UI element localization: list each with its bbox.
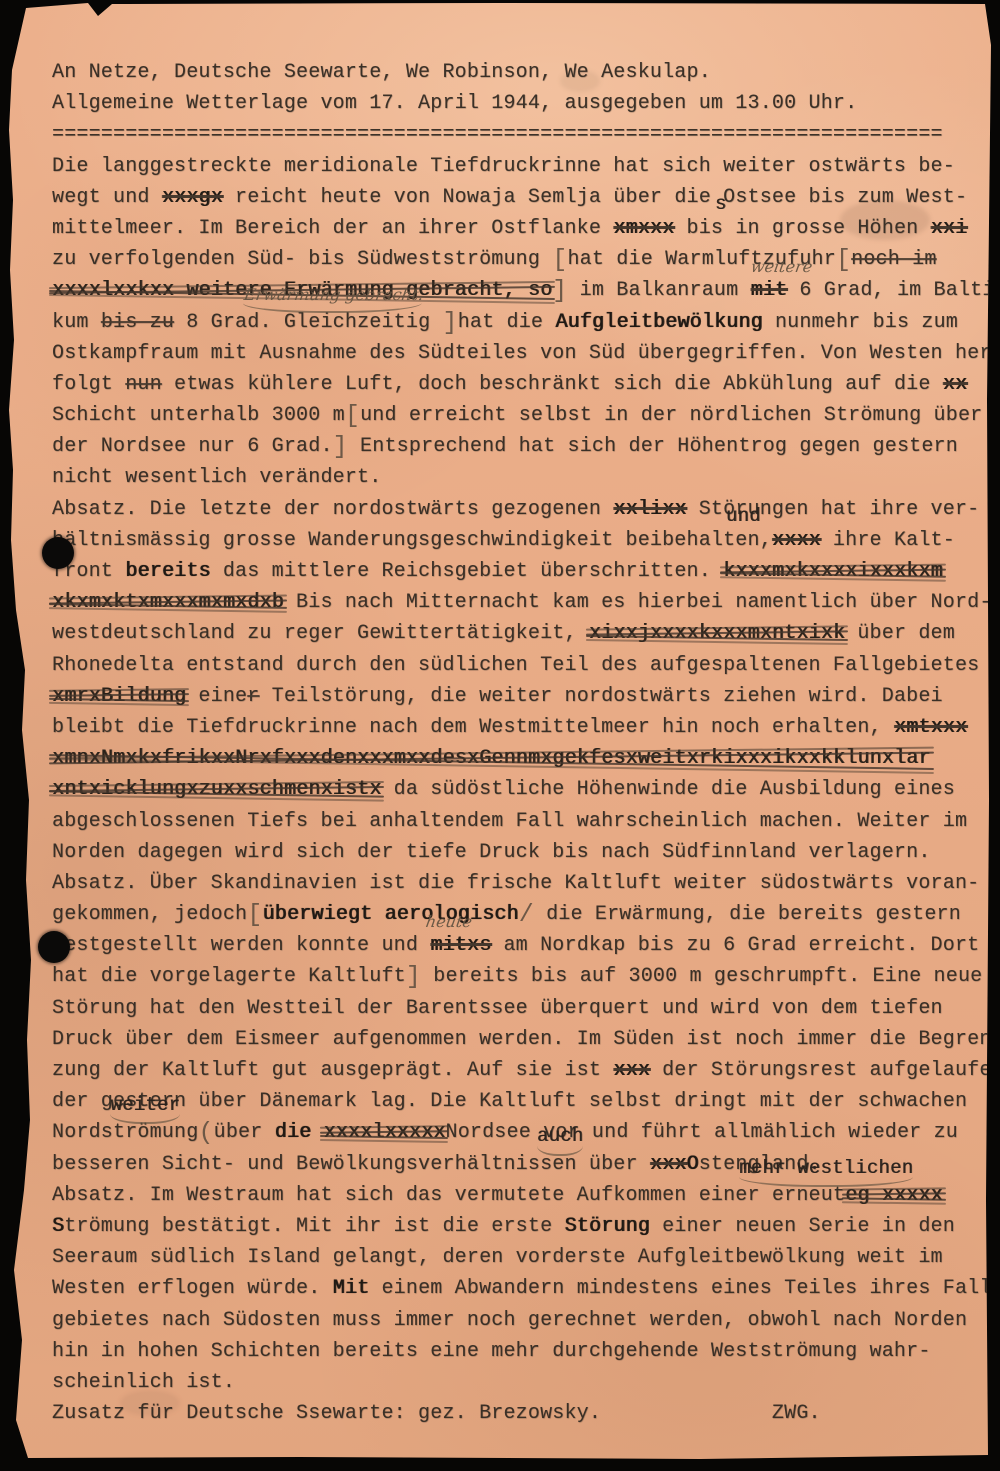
typed-text: Druck über dem Eismeer aufgenommen werde… (52, 1028, 1000, 1051)
text-line: zung der Kaltluft gut ausgeprägt. Auf si… (52, 1055, 996, 1086)
struck-text: xxlixx (613, 498, 686, 521)
typed-text: ZWG. (772, 1402, 821, 1425)
typed-text: hin in hohen Schichten bereits eine mehr… (52, 1340, 931, 1363)
pencil-mark: ] (552, 276, 567, 305)
pencil-mark: / (519, 900, 534, 929)
typed-text: die (275, 1121, 312, 1144)
text-line: gebietes nach Südosten muss immer noch g… (52, 1305, 996, 1336)
text-line: Strömung bestätigt. Mit ihr ist die erst… (52, 1211, 996, 1242)
typed-text: gebietes nach Südosten muss immer noch g… (52, 1309, 967, 1332)
text-line: wegt und xxxgx reicht heute von Nowaja S… (52, 182, 996, 213)
pencil-mark: [ (836, 245, 851, 274)
struck-text: xxi (931, 217, 968, 240)
struck-text: xxx (613, 1059, 650, 1082)
text-line: front bereits das mittlere Reichsgebiet … (52, 556, 996, 587)
struck-text: mitxs (430, 934, 491, 957)
typed-text: Aufgleitbewölkung (555, 311, 762, 334)
typed-text: Rhonedelta entstand durch den südlichen … (52, 654, 979, 677)
text-line: mittelmeer. Im Bereich der an ihrer Ostf… (52, 213, 996, 244)
typed-text: Die langgestreckte meridionale Tiefdruck… (52, 155, 955, 178)
text-line: hat die vorgelagerte Kaltluft] bereits b… (52, 961, 996, 992)
typed-text: Absatz. Die letzte der nordostwärts gezo… (52, 498, 613, 521)
typed-text: s in grosse Höhen (711, 217, 931, 240)
typed-text: Gleichzeitig (272, 311, 443, 334)
typed-text: nunmehr bis zum (763, 311, 958, 334)
typed-text: bereits (125, 560, 210, 583)
typed-text: Entsprechend hat sich der Höhentrog gege… (348, 435, 958, 458)
text-line: der Nordsee nur 6 Grad.] Entsprechend ha… (52, 431, 996, 462)
text-line: Schicht unterhalb 3000 m[und erreicht se… (52, 400, 996, 431)
signature-line: Zusatz für Deutsche Ssewarte: gez. Brezo… (52, 1398, 996, 1429)
typed-text: und erreicht selbst in der nördlichen St… (360, 404, 982, 427)
pencil-mark: [ (552, 245, 567, 274)
text-line: Nordströmungweiter(über die xxxxlxxxxxNo… (52, 1117, 996, 1148)
typed-text: zung der Kaltluft gut ausgeprägt. Auf si… (52, 1059, 613, 1082)
text-line: hältnismässig grosse Wanderungsgeschwind… (52, 525, 996, 556)
text-line: Störung hat den Westteil der Barentssee … (52, 993, 996, 1024)
text-line: Druck über dem Eismeer aufgenommen werde… (52, 1024, 996, 1055)
typed-text: scheinlich ist. (52, 1371, 235, 1394)
typed-text: überwiegt aerologisch (262, 903, 518, 926)
text-line: bleibt die Tiefdruckrinne nach dem Westm… (52, 712, 996, 743)
typed-text: bi (674, 217, 711, 240)
pencil-mark: ] (406, 962, 421, 991)
scribbled-out-text: kxxxmxkxxxxixxxkxm (723, 560, 943, 583)
scribbled-out-text: xntxicklungxzuxxschmenxistx (52, 778, 381, 801)
struck-text: xx (943, 373, 967, 396)
struck-text: noch im (851, 248, 936, 271)
typed-text: abgeschlossenen Tiefs bei anhaltendem Fa… (52, 810, 967, 833)
recipients-line: An Netze, Deutsche Seewarte, We Robinson… (52, 57, 996, 88)
typed-text: Störung hat den Westteil der Barentssee … (52, 997, 943, 1020)
typed-text: über dem (845, 622, 955, 645)
scribbled-out-text: xmrxBildung (52, 685, 186, 708)
typed-text: nicht wesentlich verändert. (52, 466, 381, 489)
typed-text: einem Abwandern mindestens eines Teiles … (369, 1277, 1000, 1300)
typed-text: Ostkampfraum mit Ausnahme des Südteiles … (52, 342, 992, 365)
typed-text: O (687, 1153, 699, 1176)
typed-text: wegt und (52, 186, 162, 209)
typed-text: die Erwärmung, die bereits gestern (534, 903, 961, 926)
typed-text: Schicht unterhalb 3000 m (52, 404, 345, 427)
typed-text: Zusatz für Deutsche Ssewarte: gez. Brezo… (52, 1402, 601, 1425)
scribbled-out-text: xxxxlxxxxx (323, 1121, 445, 1144)
text-line: Westen erflogen würde. Mit einem Abwande… (52, 1273, 996, 1304)
typed-text: westdeutschland zu reger Gewittertätigke… (52, 622, 589, 645)
typed-text: besseren Sicht- und Bewölkungsverhältnis… (52, 1153, 589, 1176)
hole-punch (42, 537, 74, 569)
typed-text: das mittlere Reichsgebiet überschritten. (211, 560, 723, 583)
struck-text: xmxxx (613, 217, 674, 240)
pencil-mark: [ (345, 401, 360, 430)
typed-text: Seeraum südlich Island gelangt, deren vo… (52, 1246, 943, 1269)
typed-text: Norden dagegen wird sich der tiefe Druck… (52, 841, 931, 864)
typed-text: da südöstliche Höhenwinde die Ausbildung… (381, 778, 955, 801)
text-line: Ostkampfraum mit Ausnahme des Südteiles … (52, 338, 996, 369)
typed-text: S (52, 1215, 64, 1238)
typed-text: im Balkanraum (567, 279, 750, 302)
scanned-page-background: An Netze, Deutsche Seewarte, We Robinson… (0, 0, 1000, 1471)
text-line: Absatz. Über Skandinavien ist die frisch… (52, 868, 996, 899)
typed-text: gekommen, jedoch (52, 903, 247, 926)
text-line: westdeutschland zu reger Gewittertätigke… (52, 618, 996, 649)
typed-text: 6 Grad, im Balti- (787, 279, 1000, 302)
text-line: Rhonedelta entstand durch den südlichen … (52, 650, 996, 681)
struck-text: nun (125, 373, 162, 396)
text-line: Absatz. Die letzte der nordostwärts gezo… (52, 494, 996, 525)
pencil-mark: ] (442, 308, 457, 337)
typed-text: ========================================… (52, 123, 943, 146)
scribbled-out-text: eg xxxxx (845, 1184, 943, 1207)
struck-text: xxx (650, 1153, 687, 1176)
typed-text: zu verfolgenden Süd- bis Südwestströmung (52, 248, 552, 271)
typed-text: Bis nach Mitternacht kam es hierbei name… (284, 591, 992, 614)
pencil-mark: ] (333, 432, 348, 461)
pencil-mark: ( (198, 1118, 213, 1147)
typed-text: eine (186, 685, 247, 708)
typed-text: festgestellt werden konnte und (52, 934, 430, 957)
text-line: xntxicklungxzuxxschmenxistx da südöstlic… (52, 774, 996, 805)
typed-text: kum (52, 311, 101, 334)
typed-text: Westen erflogen würde. (52, 1277, 333, 1300)
title-line: Allgemeine Wetterlage vom 17. April 1944… (52, 88, 996, 119)
struck-text: bis zu (101, 311, 174, 334)
struck-text: xxxgx (162, 186, 223, 209)
struck-text: r (247, 685, 259, 708)
text-line: xkxmxktxmxxxmxmxdxb Bis nach Mitternacht… (52, 587, 996, 618)
typed-text: Mit (333, 1277, 370, 1300)
text-line: nicht wesentlich verändert. (52, 462, 996, 493)
typed-text: der Störungsrest aufgelaufen (650, 1059, 1000, 1082)
text-line: scheinlich ist. (52, 1367, 996, 1398)
typed-text: Nordströmung (52, 1121, 198, 1144)
text-line: gekommen, jedoch[überwiegt aerologisch/ … (52, 899, 996, 930)
hole-punch (38, 931, 70, 963)
typed-text: einer neuen Serie in den (650, 1215, 955, 1238)
divider-line: ========================================… (52, 119, 996, 150)
text-line: festgestellt werden konnte und heutemitx… (52, 930, 996, 961)
text-line: der gestern über Dänemark lag. Die Kaltl… (52, 1086, 996, 1117)
text-line: xmrxBildung einer Teilstörung, die weite… (52, 681, 996, 712)
scanned-document-page: An Netze, Deutsche Seewarte, We Robinson… (0, 0, 1000, 1471)
typed-text: folgt (52, 373, 125, 396)
pencil-mark: [ (247, 900, 262, 929)
typed-text: Absatz. Im Westraum hat sich das vermute… (52, 1184, 845, 1207)
typed-text: der gestern über Dänemark lag. Die Kaltl… (52, 1090, 967, 1113)
text-line: Seeraum südlich Island gelangt, deren vo… (52, 1242, 996, 1273)
text-line: abgeschlossenen Tiefs bei anhaltendem Fa… (52, 806, 996, 837)
typed-text: über (214, 1121, 275, 1144)
scribbled-out-text: xkxmxktxmxxxmxmxdxb (52, 591, 284, 614)
struck-text: xmtxxx (894, 716, 967, 739)
typed-text: Absatz. Über Skandinavien ist die frisch… (52, 872, 979, 895)
text-line: Norden dagegen wird sich der tiefe Druck… (52, 837, 996, 868)
typed-text: etwas kühlere Luft, doch beschränkt sich… (162, 373, 943, 396)
typed-text: reicht heute von Nowaja Semlja über die … (223, 186, 967, 209)
typed-text: Nordsee vor und führt allmählich wieder … (446, 1121, 958, 1144)
typed-text: mittelmeer. Im Bereich der an ihrer Ostf… (52, 217, 613, 240)
typed-text: hat die vorgelagerte Kaltluft (52, 965, 406, 988)
typed-text: bleibt die Tiefdruckrinne nach dem Westm… (52, 716, 894, 739)
typed-text: Teilstörung, die weiter nordostwärts zie… (259, 685, 942, 708)
typed-text: hat die (458, 311, 556, 334)
text-line: zu verfolgenden Süd- bis Südwestströmung… (52, 244, 996, 275)
typed-text (601, 1402, 772, 1425)
struck-text: xxxx (772, 529, 821, 552)
text-line: xxxxlxxkxx weitere Erwärmung gebracht, s… (52, 275, 996, 306)
text-line: folgt nun etwas kühlere Luft, doch besch… (52, 369, 996, 400)
typed-text: am Nordkap bis zu 6 Grad erreicht. Dort (491, 934, 979, 957)
struck-text: mit (751, 279, 788, 302)
document-text: An Netze, Deutsche Seewarte, We Robinson… (52, 57, 996, 1429)
typed-text: bereits bis auf 3000 m geschrumpft. Eine… (421, 965, 982, 988)
text-line: hin in hohen Schichten bereits eine mehr… (52, 1336, 996, 1367)
typed-text: An Netze, Deutsche Seewarte, We Robinson… (52, 61, 711, 84)
typed-text: über (589, 1153, 650, 1176)
text-line: kum bis zu 8 Grad.Erwärmung gebracht. Gl… (52, 307, 996, 338)
typed-text: ihre Kalt- (821, 529, 955, 552)
scribbled-out-text: xixxjxxxxkxxxmxntxixk (589, 622, 845, 645)
typed-text: 8 Grad. (174, 311, 272, 334)
text-line: xmnxNmxkxfrikxxNrxfxxxdenxxxmxxdesxGennm… (52, 743, 996, 774)
typed-text: Störung (564, 1215, 649, 1238)
typed-text: trömung bestätigt. Mit ihr ist die erste (64, 1215, 564, 1238)
typed-text: Allgemeine Wetterlage vom 17. April 1944… (52, 92, 857, 115)
scribbled-out-text: xmnxNmxkxfrikxxNrxfxxxdenxxxmxxdesxGennm… (52, 747, 931, 770)
text-line: Die langgestreckte meridionale Tiefdruck… (52, 151, 996, 182)
typed-text: der Nordsee nur 6 Grad. (52, 435, 333, 458)
text-line: Absatz. Im Westraum hat sich das vermute… (52, 1180, 996, 1211)
typed-text: hältnismässig grosse Wanderungsgeschwind… (52, 529, 772, 552)
